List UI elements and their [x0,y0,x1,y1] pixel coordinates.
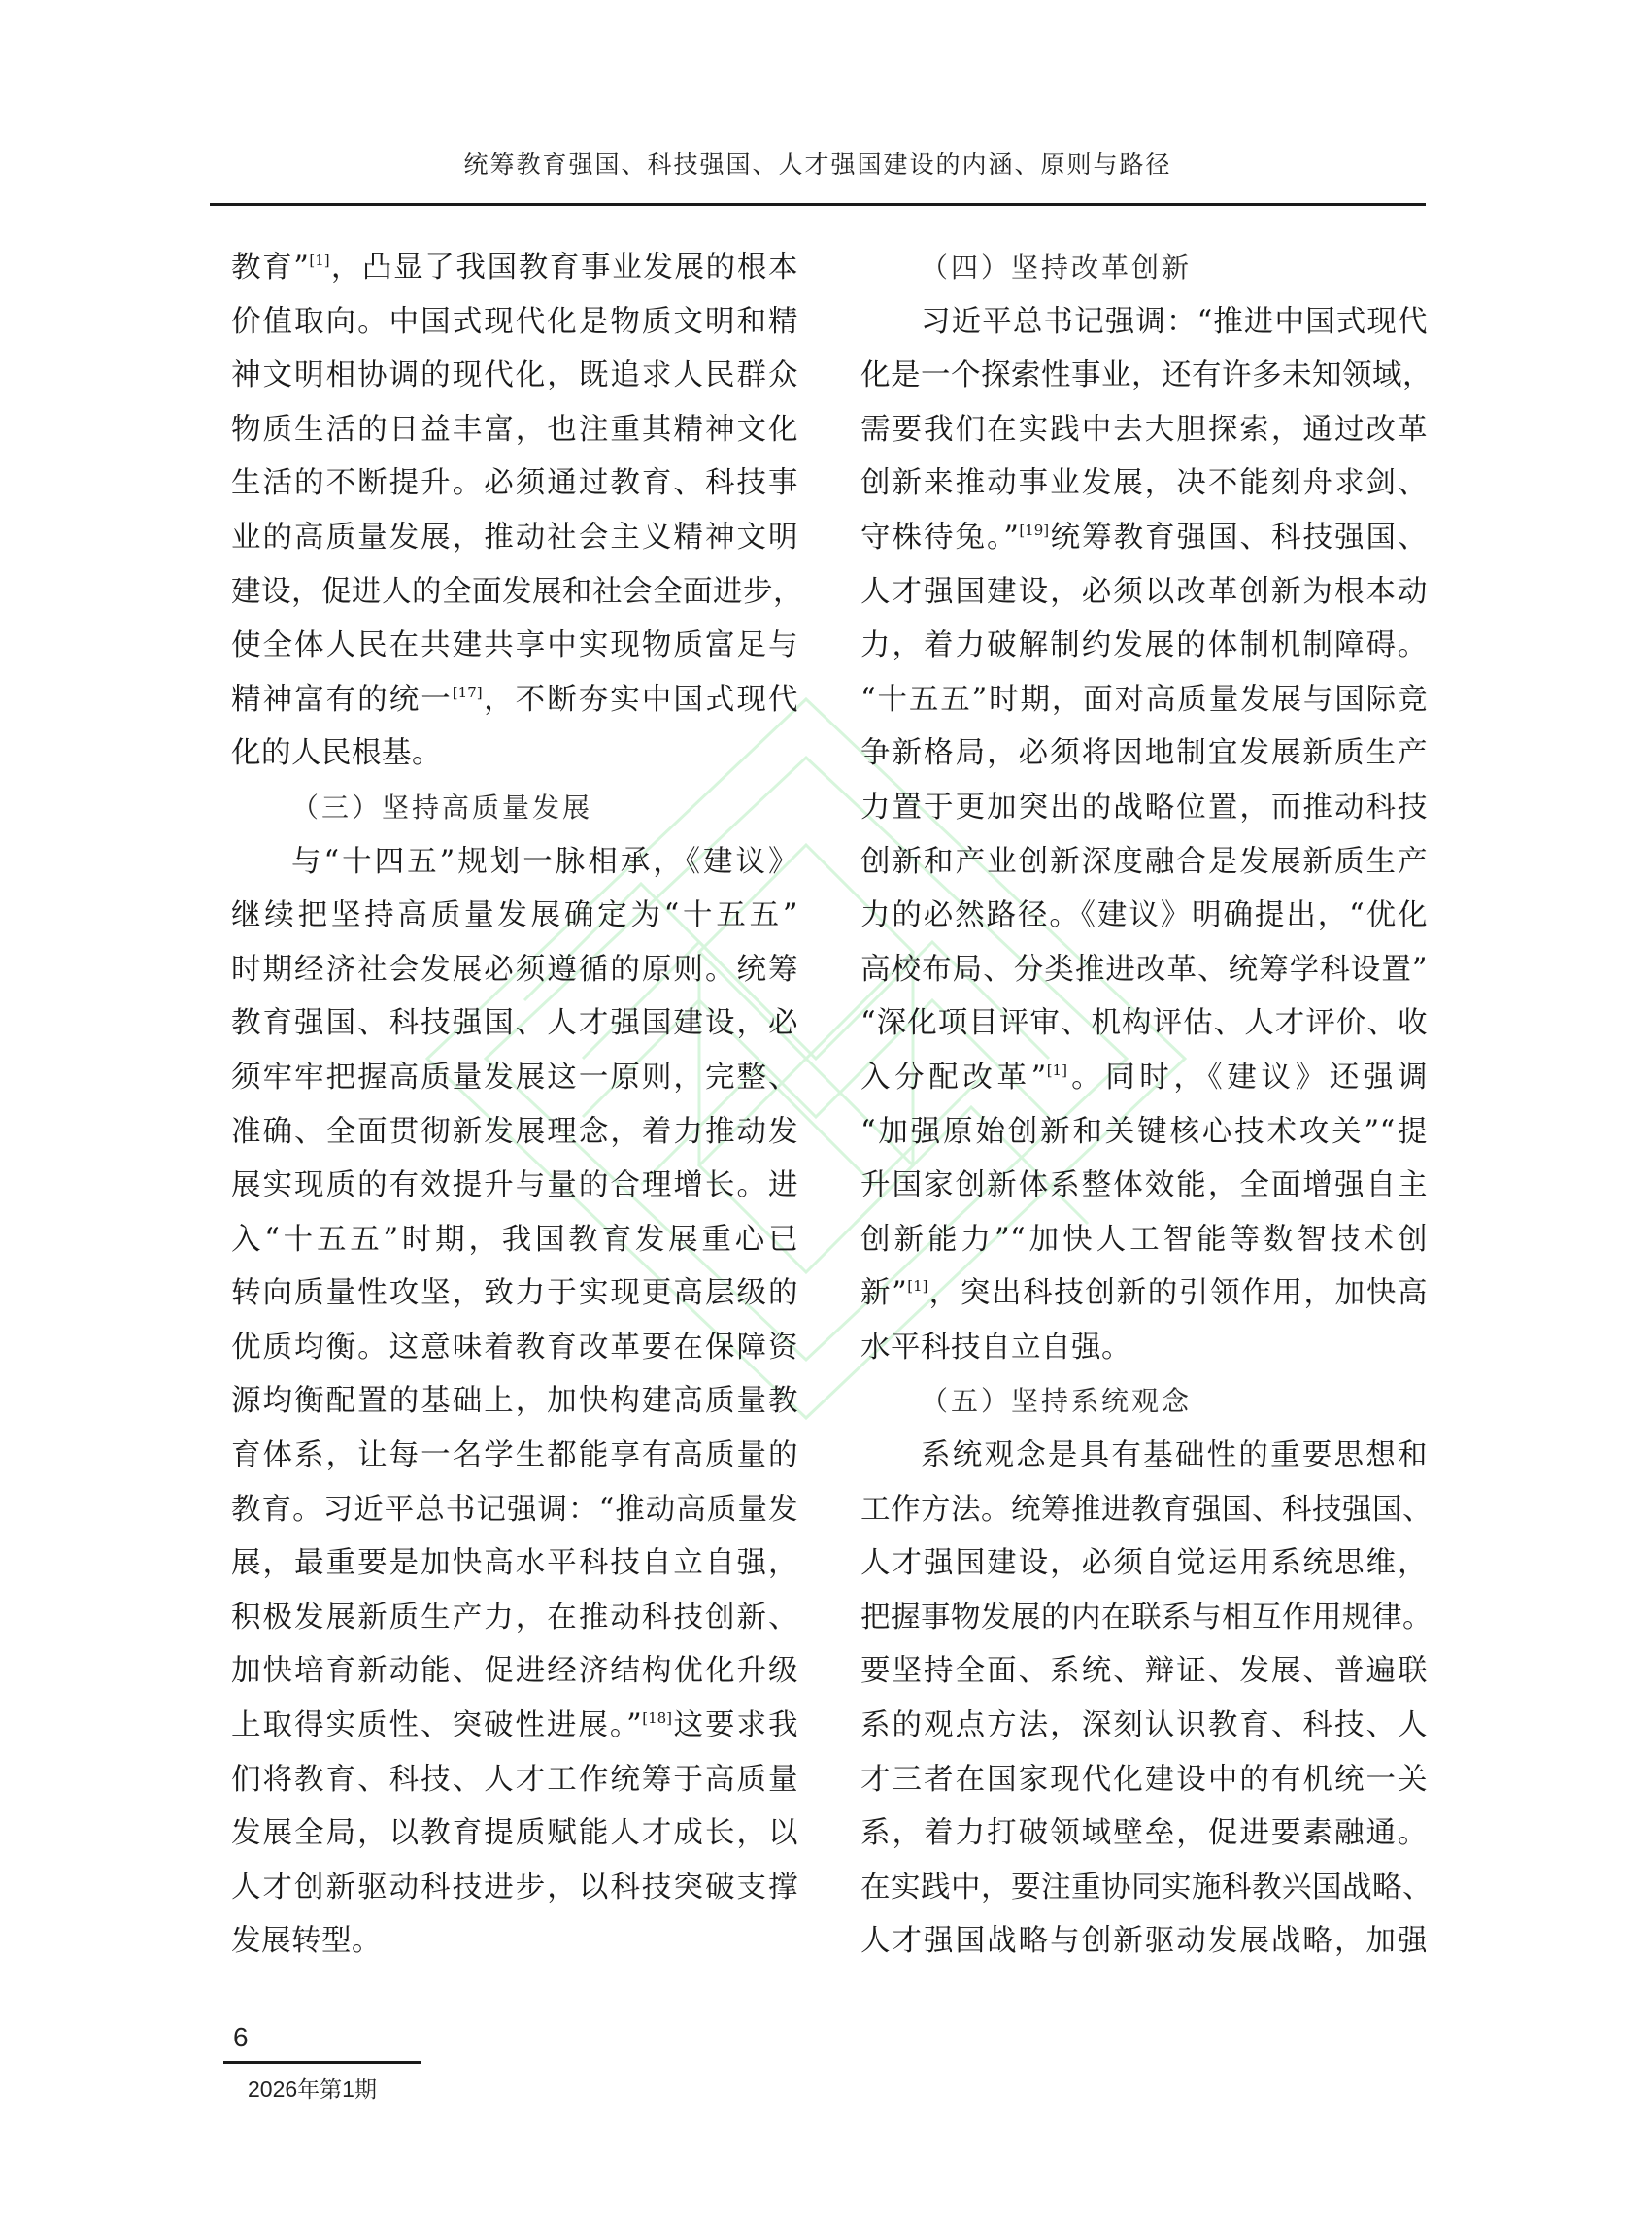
header-rule [210,203,1426,206]
text-line: 水平科技自立自强。 [860,1321,1428,1375]
text-line: 上取得实质性、突破性进展。”[18]这要求我 [231,1699,798,1753]
text-line: 创新来推动事业发展，决不能刻舟求剑、 [860,456,1428,511]
text-line: 要坚持全面、系统、辩证、发展、普遍联 [860,1644,1428,1699]
text-line: 入分配改革”[1]。同时，《建议》还强调 [860,1051,1428,1105]
citation-ref: [18] [642,1709,672,1727]
text-line: 展实现质的有效提升与量的合理增长。进 [231,1159,798,1213]
issue-label: 2026年第1期 [248,2072,377,2104]
text-line: 入“十五五”时期，我国教育发展重心已 [231,1213,798,1267]
text-line: 优质均衡。这意味着教育改革要在保障资 [231,1321,798,1375]
text-line: 人才强国建设，必须以改革创新为根本动 [860,565,1428,620]
left-column: 教育”[1]，凸显了我国教育事业发展的根本 价值取向。中国式现代化是物质文明和精… [231,241,798,1969]
text-line: 力置于更加突出的战略位置，而推动科技 [860,781,1428,835]
text-line: 教育”[1]，凸显了我国教育事业发展的根本 [231,241,798,295]
text-line: “加强原始创新和关键核心技术攻关”“提 [860,1105,1428,1160]
text-line: 人才创新驱动科技进步，以科技突破支撑 [231,1861,798,1915]
citation-ref: [19] [1019,522,1049,539]
text-line: 发展转型。 [231,1914,798,1969]
text-line: 业的高质量发展，推动社会主义精神文明 [231,511,798,565]
citation-ref: [1] [309,252,329,269]
text-line: 展，最重要是加快高水平科技自立自强， [231,1536,798,1591]
text-line: 育体系，让每一名学生都能享有高质量的 [231,1429,798,1483]
text-line: 精神富有的统一[17]，不断夯实中国式现代 [231,673,798,727]
text-line: 积极发展新质生产力，在推动科技创新、 [231,1591,798,1645]
citation-ref: [1] [1047,1062,1067,1079]
text-line: 生活的不断提升。必须通过教育、科技事 [231,456,798,511]
citation-ref: [1] [907,1277,927,1295]
text-line: 高校布局、分类推进改革、统筹学科设置” [860,943,1428,997]
text-line: 新”[1]，突出科技创新的引领作用，加快高 [860,1266,1428,1321]
text-line: 们将教育、科技、人才工作统筹于高质量 [231,1753,798,1807]
footer-rule [223,2061,421,2064]
section-heading-3: （三）坚持高质量发展 [231,781,798,835]
text-line: 继续把坚持高质量发展确定为“十五五” [231,889,798,943]
text-line: 时期经济社会发展必须遵循的原则。统筹 [231,943,798,997]
right-column: （四）坚持改革创新 习近平总书记强调：“推进中国式现代 化是一个探索性事业，还有… [860,241,1428,1969]
text-line: 人才强国建设，必须自觉运用系统思维， [860,1536,1428,1591]
text-line: 须牢牢把握高质量发展这一原则，完整、 [231,1051,798,1105]
text-line: 工作方法。统筹推进教育强国、科技强国、 [860,1483,1428,1537]
text-line: 神文明相协调的现代化，既追求人民群众 [231,349,798,403]
text-line: 在实践中，要注重协同实施科教兴国战略、 [860,1861,1428,1915]
text-line: 系统观念是具有基础性的重要思想和 [860,1429,1428,1483]
text-line: 创新和产业创新深度融合是发展新质生产 [860,835,1428,890]
text-line: 加快培育新动能、促进经济结构优化升级 [231,1644,798,1699]
text-line: 系，着力打破领域壁垒，促进要素融通。 [860,1806,1428,1861]
text-line: 需要我们在实践中去大胆探索，通过改革 [860,403,1428,457]
text-line: 化的人民根基。 [231,726,798,781]
page-number: 6 [233,2022,249,2053]
citation-ref: [17] [453,684,483,701]
text-line: 准确、全面贯彻新发展理念，着力推动发 [231,1105,798,1160]
text-line: 力的必然路径。《建议》明确提出，“优化 [860,889,1428,943]
section-heading-4: （四）坚持改革创新 [860,241,1428,295]
text-line: “十五五”时期，面对高质量发展与国际竞 [860,673,1428,727]
running-header-title: 统筹教育强国、科技强国、人才强国建设的内涵、原则与路径 [210,146,1426,181]
text-line: 系的观点方法，深刻认识教育、科技、人 [860,1699,1428,1753]
text-line: 物质生活的日益丰富，也注重其精神文化 [231,403,798,457]
text-line: 转向质量性攻坚，致力于实现更高层级的 [231,1266,798,1321]
section-heading-5: （五）坚持系统观念 [860,1374,1428,1429]
text-line: 习近平总书记强调：“推进中国式现代 [860,295,1428,350]
text-line: 升国家创新体系整体效能，全面增强自主 [860,1159,1428,1213]
text-line: 发展全局，以教育提质赋能人才成长，以 [231,1806,798,1861]
text-line: 才三者在国家现代化建设中的有机统一关 [860,1753,1428,1807]
text-line: 争新格局，必须将因地制宜发展新质生产 [860,726,1428,781]
text-line: 人才强国战略与创新驱动发展战略，加强 [860,1914,1428,1969]
text-line: 教育。习近平总书记强调：“推动高质量发 [231,1483,798,1537]
text-line: 守株待兔。”[19]统筹教育强国、科技强国、 [860,511,1428,565]
text-line: 创新能力”“加快人工智能等数智技术创 [860,1213,1428,1267]
text-line: 源均衡配置的基础上，加快构建高质量教 [231,1374,798,1429]
text-line: 把握事物发展的内在联系与相互作用规律。 [860,1591,1428,1645]
text-line: “深化项目评审、机构评估、人才评价、收 [860,996,1428,1051]
text-line: 化是一个探索性事业，还有许多未知领域， [860,349,1428,403]
text-line: 与“十四五”规划一脉相承，《建议》 [231,835,798,890]
text-line: 建设，促进人的全面发展和社会全面进步， [231,565,798,620]
text-line: 教育强国、科技强国、人才强国建设，必 [231,996,798,1051]
text-line: 力，着力破解制约发展的体制机制障碍。 [860,619,1428,673]
text-line: 使全体人民在共建共享中实现物质富足与 [231,619,798,673]
text-line: 价值取向。中国式现代化是物质文明和精 [231,295,798,350]
